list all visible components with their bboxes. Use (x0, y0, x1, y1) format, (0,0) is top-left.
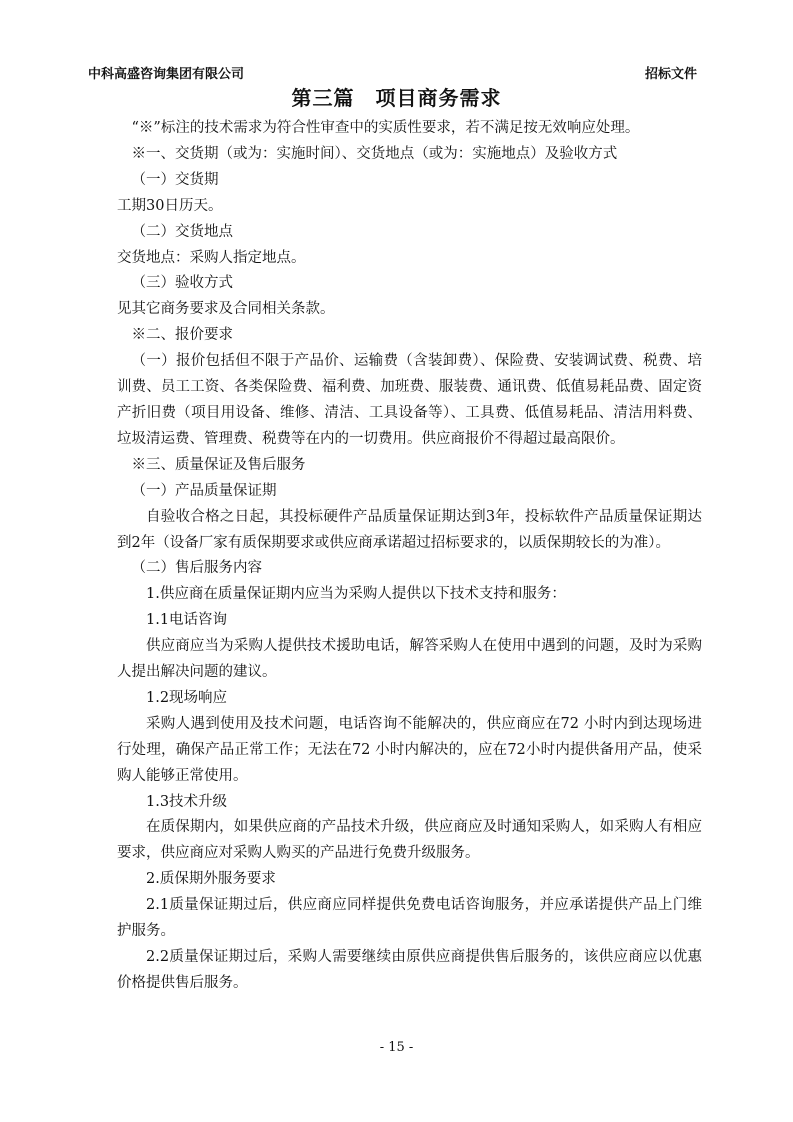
paragraph: 自验收合格之日起，其投标硬件产品质量保证期达到3年，投标软件产品质量保证期达到2… (117, 505, 702, 557)
paragraph: （一）报价包括但不限于产品价、运输费（含装卸费）、保险费、安装调试费、税费、培训… (117, 349, 702, 453)
subheading-1-2: 1.2现场响应 (117, 686, 702, 712)
paragraph: 2.1质量保证期过后，供应商应同样提供免费电话咨询服务，并应承诺提供产品上门维护… (117, 893, 702, 945)
subheading-after-sales: （二）售后服务内容 (117, 556, 702, 582)
page-number: - 15 - (0, 1040, 793, 1055)
paragraph: 2.2质量保证期过后，采购人需要继续由原供应商提供售后服务的，该供应商应以优惠价… (117, 945, 702, 997)
subheading-warranty: （一）产品质量保证期 (117, 479, 702, 505)
section-heading-1: ※一、交货期（或为：实施时间）、交货地点（或为：实施地点）及验收方式 (117, 142, 702, 168)
subheading-delivery-place: （二）交货地点 (117, 220, 702, 246)
paragraph: 工期30日历天。 (117, 194, 702, 220)
paragraph: 交货地点：采购人指定地点。 (117, 246, 702, 272)
header-company: 中科高盛咨询集团有限公司 (88, 63, 244, 82)
subheading-1-3: 1.3技术升级 (117, 790, 702, 816)
paragraph: 1.供应商在质量保证期内应当为采购人提供以下技术支持和服务： (117, 582, 702, 608)
subheading-1-1: 1.1电话咨询 (117, 608, 702, 634)
subheading-2: 2.质保期外服务要求 (117, 867, 702, 893)
paragraph: 见其它商务要求及合同相关条款。 (117, 297, 702, 323)
paragraph-note: “※”标注的技术需求为符合性审查中的实质性要求，若不满足按无效响应处理。 (117, 116, 702, 142)
header-doc-type: 招标文件 (645, 63, 697, 82)
paragraph: 供应商应当为采购人提供技术援助电话，解答采购人在使用中遇到的问题，及时为采购人提… (117, 634, 702, 686)
subheading-acceptance: （三）验收方式 (117, 271, 702, 297)
page-title: 第三篇 项目商务需求 (0, 82, 793, 111)
paragraph: 采购人遇到使用及技术问题，电话咨询不能解决的，供应商应在72 小时内到达现场进行… (117, 712, 702, 790)
section-heading-3: ※三、质量保证及售后服务 (117, 453, 702, 479)
paragraph: 在质保期内，如果供应商的产品技术升级，供应商应及时通知采购人，如采购人有相应要求… (117, 815, 702, 867)
section-heading-2: ※二、报价要求 (117, 323, 702, 349)
document-body: “※”标注的技术需求为符合性审查中的实质性要求，若不满足按无效响应处理。 ※一、… (117, 116, 702, 997)
subheading-delivery-period: （一）交货期 (117, 168, 702, 194)
